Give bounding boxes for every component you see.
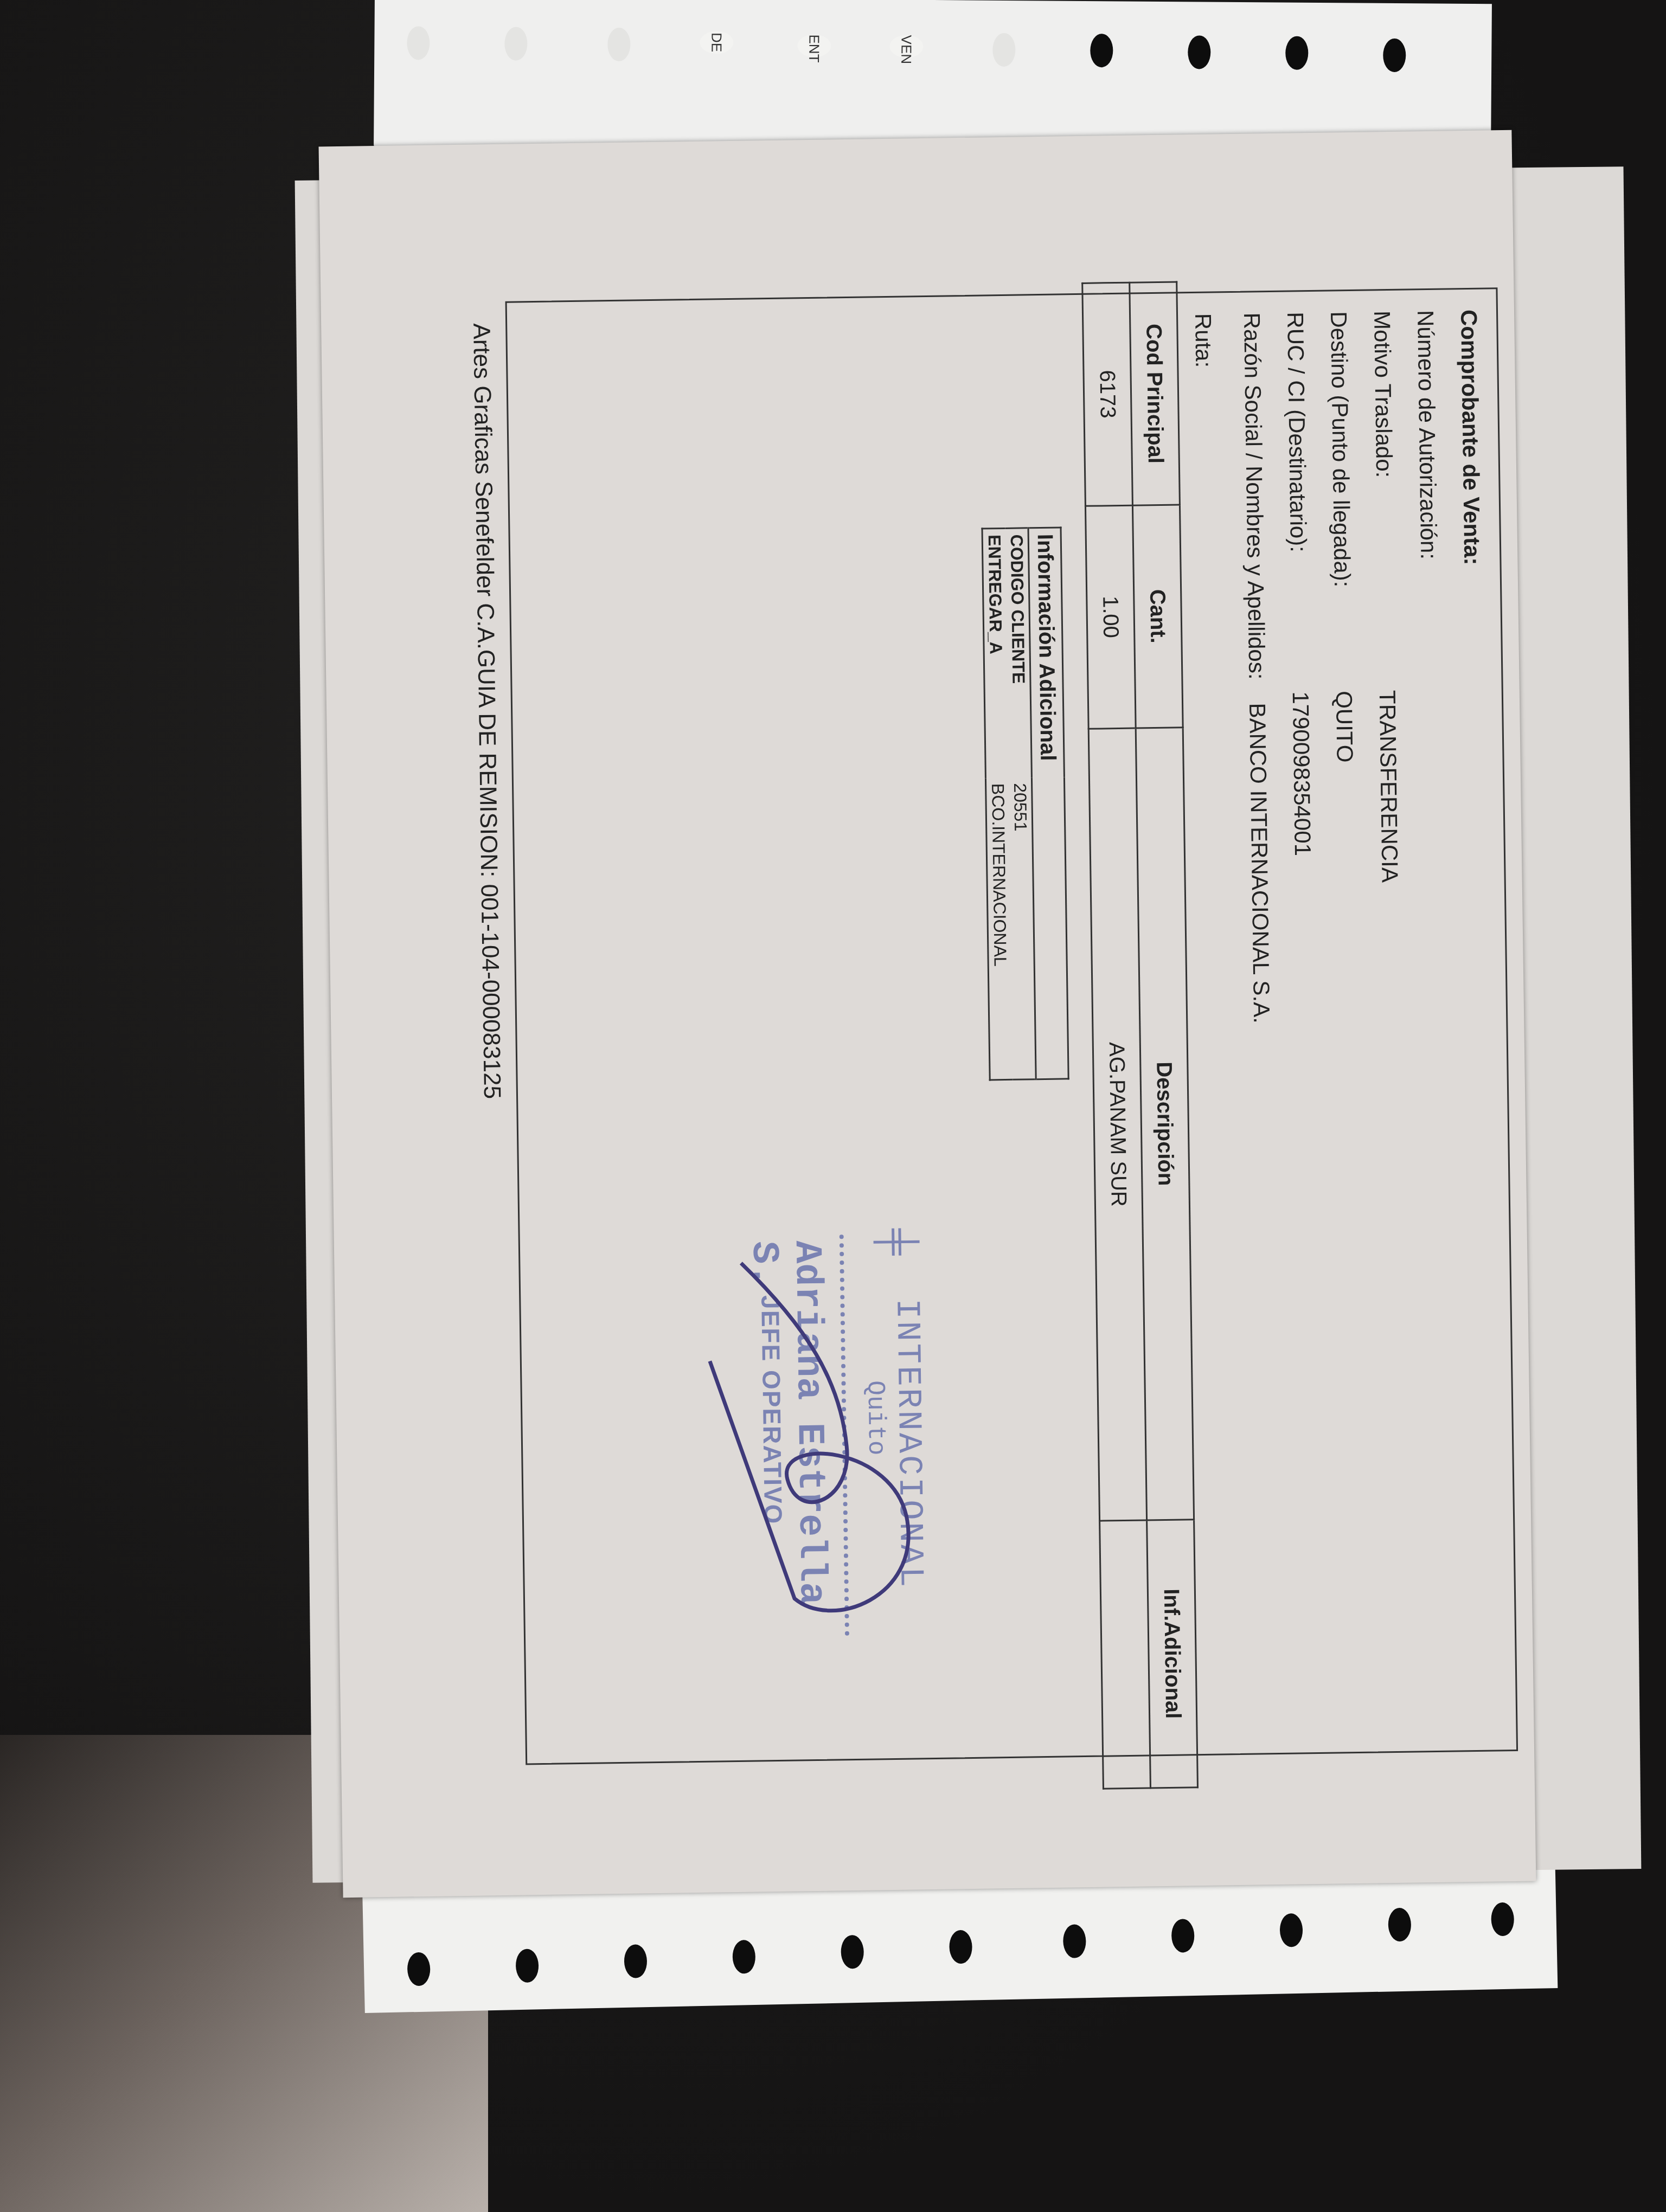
footer-printer-guide-number: Artes Graficas Senefelder C.A.GUIA DE RE… bbox=[467, 323, 505, 1099]
tractor-hole bbox=[992, 33, 1015, 67]
col-cod-principal: Cod Principal bbox=[1130, 282, 1180, 505]
info-value: BCO.INTERNACIONAL bbox=[985, 778, 1013, 1080]
signature-icon bbox=[697, 1217, 975, 1708]
tractor-hole bbox=[1090, 34, 1113, 67]
tractor-hole bbox=[1285, 36, 1308, 70]
ruta-label: Ruta: bbox=[1190, 313, 1216, 368]
field-label: Destino (Punto de llegada): bbox=[1325, 311, 1355, 588]
field-label: RUC / CI (Destinatario): bbox=[1282, 312, 1311, 552]
tractor-hole-label: DE bbox=[700, 31, 733, 54]
cell-cant: 1.00 bbox=[1085, 505, 1136, 729]
tractor-hole bbox=[407, 1952, 431, 1986]
tractor-hole bbox=[1388, 1908, 1411, 1942]
tractor-hole bbox=[1171, 1919, 1195, 1953]
cell-inf bbox=[1100, 1520, 1151, 1789]
tractor-hole bbox=[949, 1930, 972, 1964]
col-inf-adicional: Inf.Adicional bbox=[1147, 1520, 1198, 1788]
additional-info-box: Información Adicional CODIGO CLIENTE 205… bbox=[981, 526, 1069, 1081]
motivo-traslado-value: TRANSFERENCIA bbox=[1374, 690, 1403, 883]
destino-value: QUITO bbox=[1331, 691, 1358, 763]
document-content: Comprobante de Venta: Número de Autoriza… bbox=[467, 287, 1518, 1765]
tractor-hole bbox=[504, 27, 527, 60]
tractor-hole-label: ENT bbox=[797, 34, 831, 57]
ruc-value: 1790098354001 bbox=[1287, 691, 1316, 856]
field-label: Razón Social / Nombres y Apellidos: bbox=[1239, 312, 1270, 680]
tractor-hole bbox=[1491, 1902, 1514, 1937]
cell-cod: 6173 bbox=[1082, 282, 1133, 506]
tractor-hole bbox=[732, 1940, 755, 1974]
info-value: 20551 bbox=[1009, 777, 1036, 1079]
field-label: Motivo Traslado: bbox=[1369, 311, 1397, 478]
tractor-hole bbox=[1279, 1913, 1303, 1947]
tractor-hole bbox=[624, 1944, 647, 1978]
info-label: ENTREGAR_A bbox=[982, 528, 1009, 778]
tractor-hole bbox=[515, 1949, 539, 1983]
tractor-hole bbox=[841, 1935, 864, 1969]
tractor-hole bbox=[407, 26, 430, 60]
field-label: Número de Autorización: bbox=[1412, 310, 1441, 560]
tractor-hole bbox=[1063, 1924, 1086, 1958]
tractor-hole-label: VEN bbox=[889, 35, 923, 57]
tractor-hole bbox=[607, 28, 630, 61]
tractor-hole bbox=[1188, 35, 1210, 69]
razon-social-value: BANCO INTERNACIONAL S.A. bbox=[1244, 703, 1274, 1024]
info-label: CODIGO CLIENTE bbox=[1005, 528, 1032, 778]
tractor-hole bbox=[1383, 38, 1406, 72]
comprobante-label: Comprobante de Venta: bbox=[1456, 310, 1485, 565]
remission-guide-sheet: Comprobante de Venta: Número de Autoriza… bbox=[319, 130, 1536, 1898]
col-cant: Cant. bbox=[1132, 505, 1183, 728]
